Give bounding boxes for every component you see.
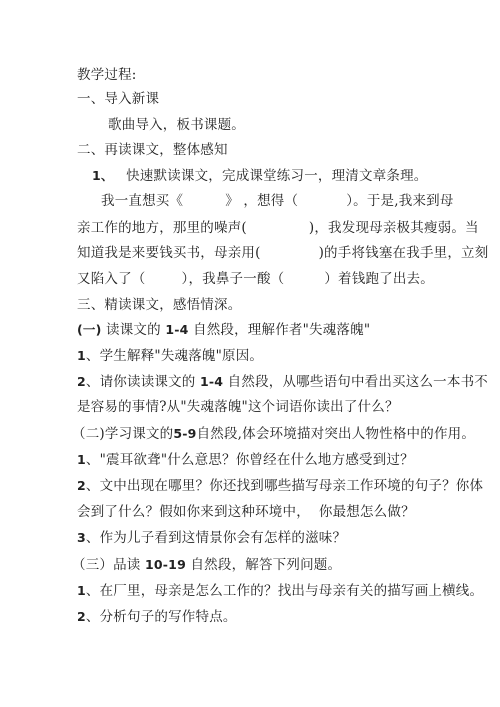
document-page: 教学过程: 一、导入新课 歌曲导入，板书课题。 二、再读课文，整体感知 1、 快… [0, 0, 500, 707]
section3-title: 三、精读课文，感悟情深。 [77, 296, 427, 314]
fill-blank-line-1: 我一直想买《》 ，想得（）。于是,我来到母 [101, 192, 451, 210]
part1-question-2: 2、请你读读课文的 1-4 自然段，从哪些语句中看出买这么一本书不 [77, 373, 427, 391]
item-number: 1、 [92, 168, 114, 183]
section2-item1: 1、 快速默读课文，完成课堂练习一，理清文章条理。 [92, 167, 442, 185]
section1-content: 歌曲导入，板书课题。 [108, 116, 458, 134]
heading-teaching-process: 教学过程: [77, 66, 427, 84]
part2-title: （二)学习课文的5-9自然段,体会环境描对突出人物性格中的作用。 [72, 425, 422, 443]
part2-question-3: 3、作为儿子看到这情景你会有怎样的滋味？ [77, 529, 427, 547]
fill-blank-line-2: 亲工作的地方，那里的噪声()，我发现母亲极其瘦弱。当 [77, 219, 427, 237]
part3-title: （三）品读 10-19 自然段，解答下列问题。 [72, 556, 422, 574]
section1-title: 一、导入新课 [77, 90, 427, 108]
fill-blank-line-3: 知道我是来要钱买书，母亲用()的手将钱塞在我手里，立刻 [77, 244, 427, 262]
part2-question-2-cont: 会到了什么？假如你来到这种环境中， 你最想怎么做？ [77, 503, 427, 521]
part3-question-2: 2、分析句子的写作特点。 [77, 608, 427, 626]
item-text: 快速默读课文，完成课堂练习一，理清文章条理。 [126, 168, 427, 184]
part1-question-2-cont: 是容易的事情?从"失魂落魄"这个词语你读出了什么？ [77, 398, 427, 416]
part1-title: (一) 读课文的 1-4 自然段，理解作者"失魂落魄" [77, 321, 427, 339]
fill-blank-line-4: 又陷入了（），我鼻子一酸（）着钱跑了出去。 [77, 270, 427, 288]
part2-question-1: 1、"震耳欲聋"什么意思？你曾经在什么地方感受到过？ [77, 451, 427, 469]
part2-question-2: 2、文中出现在哪里？你还找到哪些描写母亲工作环境的句子？你体 [77, 477, 427, 495]
part3-question-1: 1、在厂里，母亲是怎么工作的？找出与母亲有关的描写画上横线。 [77, 582, 427, 600]
section2-title: 二、再读课文，整体感知 [77, 141, 427, 159]
part1-question-1: 1、学生解释"失魂落魄"原因。 [77, 347, 427, 365]
